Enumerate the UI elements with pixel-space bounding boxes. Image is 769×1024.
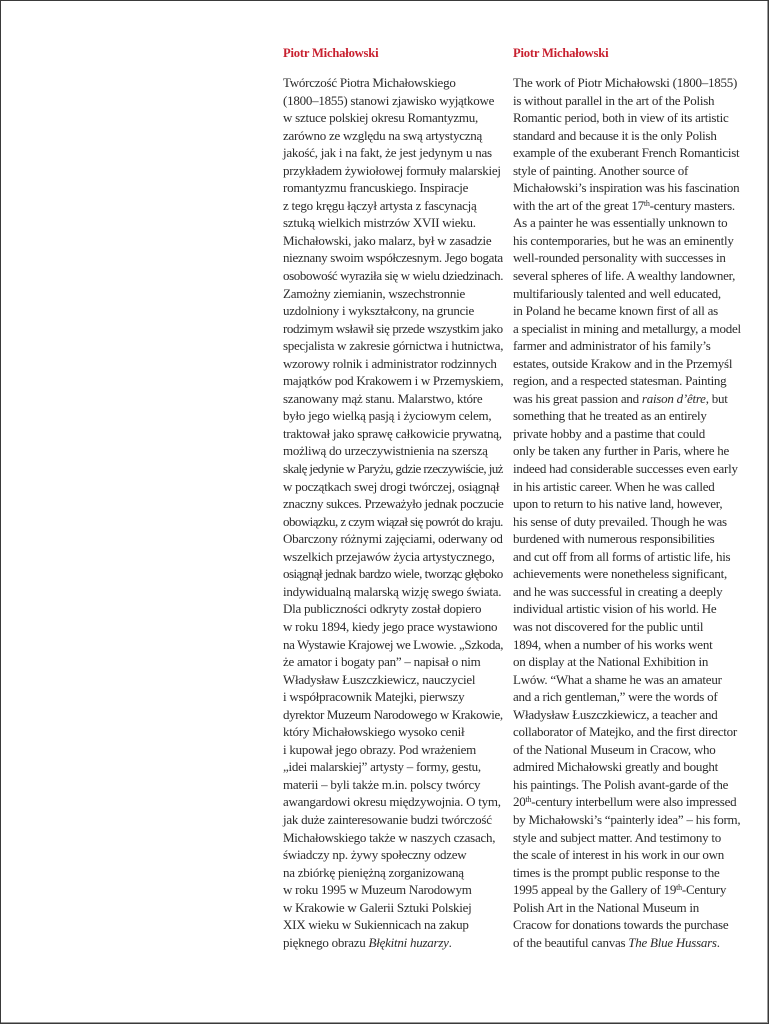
text-line: Obarczony różnymi zajęciami, oderwany od [283, 530, 503, 548]
text-line: przykładem żywiołowej formuły malarskiej [283, 162, 503, 180]
text-line: nieznany swoim współczesnym. Jego bogata [283, 249, 503, 267]
text-line: że amator i bogaty pan” – napisał o nim [283, 653, 503, 671]
text-line: multifariously talented and well educate… [513, 285, 743, 303]
text-line: 1995 appeal by the Gallery of 19th-Centu… [513, 881, 743, 899]
text-line: achievements were nonetheless significan… [513, 565, 743, 583]
text-line: i kupował jego obrazy. Pod wrażeniem [283, 741, 503, 759]
text-line: jakość, jak i na fakt, że jest jedynym u… [283, 144, 503, 162]
text-line: in his artistic career. When he was call… [513, 478, 743, 496]
text-line: Władysław Łuszczkiewicz, nauczyciel [283, 671, 503, 689]
text-line: szanowany mąż stanu. Malarstwo, które [283, 390, 503, 408]
text-line: osobowość wyraziła się w wielu dziedzina… [283, 267, 503, 285]
text-line: Władysław Łuszczkiewicz, a teacher and [513, 706, 743, 724]
text-line: upon to return to his native land, howev… [513, 495, 743, 513]
text-line: individual artistic vision of his world.… [513, 600, 743, 618]
text-line: his sense of duty prevailed. Though he w… [513, 513, 743, 531]
text-line: was his great passion and raison d’être,… [513, 390, 743, 408]
text-line: with the art of the great 17th-century m… [513, 197, 743, 215]
text-line: pięknego obrazu Błękitni huzarzy. [283, 934, 503, 952]
text-line: Lwów. “What a shame he was an amateur [513, 671, 743, 689]
text-line: w roku 1894, kiedy jego prace wystawiono [283, 618, 503, 636]
text-line: on display at the National Exhibition in [513, 653, 743, 671]
text-line: style and subject matter. And testimony … [513, 829, 743, 847]
text-line: example of the exuberant French Romantic… [513, 144, 743, 162]
text-line: style of painting. Another source of [513, 162, 743, 180]
text-segment: , but [706, 391, 728, 406]
text-line: collaborator of Matejko, and the first d… [513, 723, 743, 741]
text-line: As a painter he was essentially unknown … [513, 214, 743, 232]
text-line: uzdolniony i wykształcony, na gruncie [283, 302, 503, 320]
text-segment: with the art of the great 17 [513, 198, 644, 213]
text-line: of the beautiful canvas The Blue Hussars… [513, 934, 743, 952]
text-segment: was his great passion and [513, 391, 642, 406]
text-line: który Michałowskiego wysoko cenił [283, 723, 503, 741]
text-line: (1800–1855) stanowi zjawisko wyjątkowe [283, 92, 503, 110]
text-segment: -Century [682, 882, 726, 897]
text-line: admired Michałowski greatly and bought [513, 758, 743, 776]
text-line: romantyzmu francuskiego. Inspiracje [283, 179, 503, 197]
english-body-text: The work of Piotr Michałowski (1800–1855… [513, 74, 743, 951]
text-line: Michałowski, jako malarz, był w zasadzie [283, 232, 503, 250]
text-line: his paintings. The Polish avant-garde of… [513, 776, 743, 794]
text-line: wszelkich przejawów życia artystycznego, [283, 548, 503, 566]
italic-title: Błękitni huzarzy [369, 935, 449, 950]
text-line: The work of Piotr Michałowski (1800–1855… [513, 74, 743, 92]
italic-title: The Blue Hussars [628, 935, 716, 950]
polish-body-text: Twórczość Piotra Michałowskiego(1800–185… [283, 74, 503, 951]
document-page: Piotr Michałowski Twórczość Piotra Micha… [0, 0, 769, 1024]
text-line: and he was successful in creating a deep… [513, 583, 743, 601]
text-line: jak duże zainteresowanie budzi twórczość [283, 811, 503, 829]
text-segment: . [449, 935, 452, 950]
text-line: is without parallel in the art of the Po… [513, 92, 743, 110]
text-line: zarówno ze względu na swą artystyczną [283, 127, 503, 145]
text-line: awangardowi okresu międzywojnia. O tym, [283, 793, 503, 811]
text-line: traktował jako sprawę całkowicie prywatn… [283, 425, 503, 443]
text-line: znaczny sukces. Przeważyło jednak poczuc… [283, 495, 503, 513]
polish-text-column: Piotr Michałowski Twórczość Piotra Micha… [283, 45, 503, 951]
text-line: standard and because it is the only Poli… [513, 127, 743, 145]
text-line: the scale of interest in his work in our… [513, 846, 743, 864]
text-line: z tego kręgu łączył artysta z fascynacją [283, 197, 503, 215]
text-line: only be taken any further in Paris, wher… [513, 442, 743, 460]
text-line: w roku 1995 w Muzeum Narodowym [283, 881, 503, 899]
text-line: na zbiórkę pieniężną zorganizowaną [283, 864, 503, 882]
text-line: indywidualną malarską wizję swego świata… [283, 583, 503, 601]
text-segment: of the beautiful canvas [513, 935, 628, 950]
text-line: w sztuce polskiej okresu Romantyzmu, [283, 109, 503, 127]
text-line: w Krakowie w Galerii Sztuki Polskiej [283, 899, 503, 917]
text-segment: -century interbellum were also impressed [531, 794, 736, 809]
text-segment: 20 [513, 794, 526, 809]
text-line: estates, outside Krakow and in the Przem… [513, 355, 743, 373]
text-line: osiągnął jednak bardzo wiele, tworząc gł… [283, 565, 503, 583]
text-line: 20th-century interbellum were also impre… [513, 793, 743, 811]
column-heading-english: Piotr Michałowski [513, 45, 743, 61]
text-line: times is the prompt public response to t… [513, 864, 743, 882]
text-segment: -century masters. [650, 198, 735, 213]
text-line: świadczy np. żywy społeczny odzew [283, 846, 503, 864]
text-line: rodzimym wsławił się przede wszystkim ja… [283, 320, 503, 338]
text-line: i współpracownik Matejki, pierwszy [283, 688, 503, 706]
text-segment: 1995 appeal by the Gallery of 19 [513, 882, 676, 897]
text-line: region, and a respected statesman. Paint… [513, 372, 743, 390]
text-line: Michałowski’s inspiration was his fascin… [513, 179, 743, 197]
text-line: Polish Art in the National Museum in [513, 899, 743, 917]
text-line: majątków pod Krakowem i w Przemyskiem, [283, 372, 503, 390]
text-line: indeed had considerable successes even e… [513, 460, 743, 478]
italic-title: raison d’être [642, 391, 706, 406]
text-line: Zamożny ziemianin, wszechstronnie [283, 285, 503, 303]
text-line: specjalista w zakresie górnictwa i hutni… [283, 337, 503, 355]
text-line: well-rounded personality with successes … [513, 249, 743, 267]
text-line: farmer and administrator of his family’s [513, 337, 743, 355]
text-segment: pięknego obrazu [283, 935, 369, 950]
text-line: było jego wielką pasją i życiowym celem, [283, 407, 503, 425]
text-line: Cracow for donations towards the purchas… [513, 916, 743, 934]
text-segment: . [717, 935, 720, 950]
text-line: w początkach swej drogi twórczej, osiągn… [283, 478, 503, 496]
text-line: his contemporaries, but he was an eminen… [513, 232, 743, 250]
text-line: of the National Museum in Cracow, who [513, 741, 743, 759]
text-line: skalę jedynie w Paryżu, gdzie rzeczywiśc… [283, 460, 503, 478]
text-line: something that he treated as an entirely [513, 407, 743, 425]
text-line: a specialist in mining and metallurgy, a… [513, 320, 743, 338]
text-line: na Wystawie Krajowej we Lwowie. „Szkoda, [283, 636, 503, 654]
text-line: Twórczość Piotra Michałowskiego [283, 74, 503, 92]
text-line: in Poland he became known first of all a… [513, 302, 743, 320]
column-heading-polish: Piotr Michałowski [283, 45, 503, 61]
text-line: several spheres of life. A wealthy lando… [513, 267, 743, 285]
text-line: wzorowy rolnik i administrator rodzinnyc… [283, 355, 503, 373]
text-line: and cut off from all forms of artistic l… [513, 548, 743, 566]
text-line: Michałowskiego także w naszych czasach, [283, 829, 503, 847]
text-line: materii – byli także m.in. polscy twórcy [283, 776, 503, 794]
text-line: 1894, when a number of his works went [513, 636, 743, 654]
text-line: „idei malarskiej” artysty – formy, gestu… [283, 758, 503, 776]
text-line: and a rich gentleman,” were the words of [513, 688, 743, 706]
text-line: możliwą do urzeczywistnienia na szerszą [283, 442, 503, 460]
text-line: Dla publiczności odkryty został dopiero [283, 600, 503, 618]
english-text-column: Piotr Michałowski The work of Piotr Mich… [513, 45, 743, 951]
text-line: burdened with numerous responsibilities [513, 530, 743, 548]
text-line: by Michałowski’s “painterly idea” – his … [513, 811, 743, 829]
text-line: sztuką wielkich mistrzów XVII wieku. [283, 214, 503, 232]
text-line: was not discovered for the public until [513, 618, 743, 636]
text-line: dyrektor Muzeum Narodowego w Krakowie, [283, 706, 503, 724]
text-line: XIX wieku w Sukiennicach na zakup [283, 916, 503, 934]
text-line: private hobby and a pastime that could [513, 425, 743, 443]
text-line: obowiązku, z czym wiązał się powrót do k… [283, 513, 503, 531]
text-line: Romantic period, both in view of its art… [513, 109, 743, 127]
